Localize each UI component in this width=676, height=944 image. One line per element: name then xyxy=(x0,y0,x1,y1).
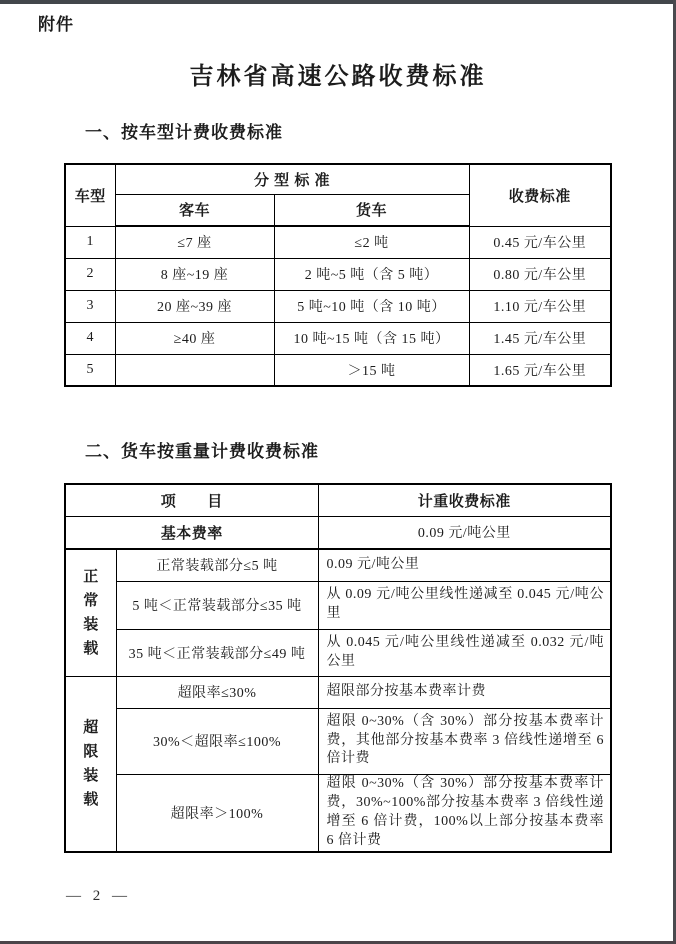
col-header-weight-rate: 计重收费标准 xyxy=(318,484,611,516)
cell-value: 0.09 元/吨公里 xyxy=(318,549,611,581)
attachment-label: 附件 xyxy=(38,10,74,35)
cell-condition: 超限率＞100% xyxy=(116,774,318,852)
section1-heading: 一、按车型计费收费标准 xyxy=(85,118,283,143)
table-row: 5 吨＜正常装载部分≤35 吨 从 0.09 元/吨公里线性递减至 0.045 … xyxy=(65,581,611,629)
base-rate-label: 基本费率 xyxy=(65,516,318,549)
cell-truck: 5 吨~10 吨（含 10 吨） xyxy=(274,290,469,322)
weight-based-toll-table: 项 目 计重收费标准 基本费率 0.09 元/吨公里 正常装载 正常装载部分≤5… xyxy=(64,483,612,853)
scan-edge-top xyxy=(0,0,676,4)
table-row: 30%＜超限率≤100% 超限 0~30%（含 30%）部分按基本费率计费，其他… xyxy=(65,708,611,774)
table-row: 4 ≥40 座 10 吨~15 吨（含 15 吨） 1.45 元/车公里 xyxy=(65,322,611,354)
cell-truck: 2 吨~5 吨（含 5 吨） xyxy=(274,258,469,290)
cell-value: 从 0.09 元/吨公里线性递减至 0.045 元/吨公里 xyxy=(318,581,611,629)
table-row: 超限率＞100% 超限 0~30%（含 30%）部分按基本费率计费，30%~10… xyxy=(65,774,611,852)
table-row: 超限装载 超限率≤30% 超限部分按基本费率计费 xyxy=(65,676,611,708)
cell-truck: 10 吨~15 吨（含 15 吨） xyxy=(274,322,469,354)
col-header-item: 项 目 xyxy=(65,484,318,516)
table-row: 正常装载 正常装载部分≤5 吨 0.09 元/吨公里 xyxy=(65,549,611,581)
cell-type: 5 xyxy=(65,354,115,386)
cell-passenger: ≥40 座 xyxy=(115,322,274,354)
cell-passenger: 8 座~19 座 xyxy=(115,258,274,290)
page-title: 吉林省高速公路收费标准 xyxy=(0,56,676,91)
document-page: 附件 吉林省高速公路收费标准 一、按车型计费收费标准 车型 分 型 标 准 收费… xyxy=(0,0,676,944)
group-label-normal-load: 正常装载 xyxy=(65,549,116,676)
col-header-passenger: 客车 xyxy=(115,194,274,226)
table-row: 5 ＞15 吨 1.65 元/车公里 xyxy=(65,354,611,386)
cell-condition: 正常装载部分≤5 吨 xyxy=(116,549,318,581)
cell-condition: 超限率≤30% xyxy=(116,676,318,708)
col-header-truck: 货车 xyxy=(274,194,469,226)
cell-type: 3 xyxy=(65,290,115,322)
col-header-rate: 收费标准 xyxy=(469,164,611,226)
vehicle-type-toll-table: 车型 分 型 标 准 收费标准 客车 货车 1 ≤7 座 ≤2 吨 0.45 元… xyxy=(64,163,612,387)
table-row: 3 20 座~39 座 5 吨~10 吨（含 10 吨） 1.10 元/车公里 xyxy=(65,290,611,322)
cell-passenger: ≤7 座 xyxy=(115,226,274,258)
cell-condition: 5 吨＜正常装载部分≤35 吨 xyxy=(116,581,318,629)
cell-rate: 1.65 元/车公里 xyxy=(469,354,611,386)
cell-rate: 0.80 元/车公里 xyxy=(469,258,611,290)
cell-type: 2 xyxy=(65,258,115,290)
table-row: 1 ≤7 座 ≤2 吨 0.45 元/车公里 xyxy=(65,226,611,258)
cell-passenger: 20 座~39 座 xyxy=(115,290,274,322)
table-row: 2 8 座~19 座 2 吨~5 吨（含 5 吨） 0.80 元/车公里 xyxy=(65,258,611,290)
table-row: 35 吨＜正常装载部分≤49 吨 从 0.045 元/吨公里线性递减至 0.03… xyxy=(65,629,611,676)
cell-truck: ＞15 吨 xyxy=(274,354,469,386)
cell-condition: 35 吨＜正常装载部分≤49 吨 xyxy=(116,629,318,676)
cell-condition: 30%＜超限率≤100% xyxy=(116,708,318,774)
cell-rate: 0.45 元/车公里 xyxy=(469,226,611,258)
cell-value: 超限部分按基本费率计费 xyxy=(318,676,611,708)
cell-value: 超限 0~30%（含 30%）部分按基本费率计费，其他部分按基本费率 3 倍线性… xyxy=(318,708,611,774)
col-header-classification: 分 型 标 准 xyxy=(115,164,469,194)
base-rate-value: 0.09 元/吨公里 xyxy=(318,516,611,549)
cell-rate: 1.10 元/车公里 xyxy=(469,290,611,322)
cell-rate: 1.45 元/车公里 xyxy=(469,322,611,354)
cell-value: 超限 0~30%（含 30%）部分按基本费率计费，30%~100%部分按基本费率… xyxy=(318,774,611,852)
page-number: — 2 — xyxy=(66,888,131,905)
cell-truck: ≤2 吨 xyxy=(274,226,469,258)
group-label-overload: 超限装载 xyxy=(65,676,116,852)
cell-type: 4 xyxy=(65,322,115,354)
cell-type: 1 xyxy=(65,226,115,258)
col-header-vehicle-type: 车型 xyxy=(65,164,115,226)
cell-value: 从 0.045 元/吨公里线性递减至 0.032 元/吨公里 xyxy=(318,629,611,676)
cell-passenger xyxy=(115,354,274,386)
section2-heading: 二、货车按重量计费收费标准 xyxy=(85,437,319,462)
